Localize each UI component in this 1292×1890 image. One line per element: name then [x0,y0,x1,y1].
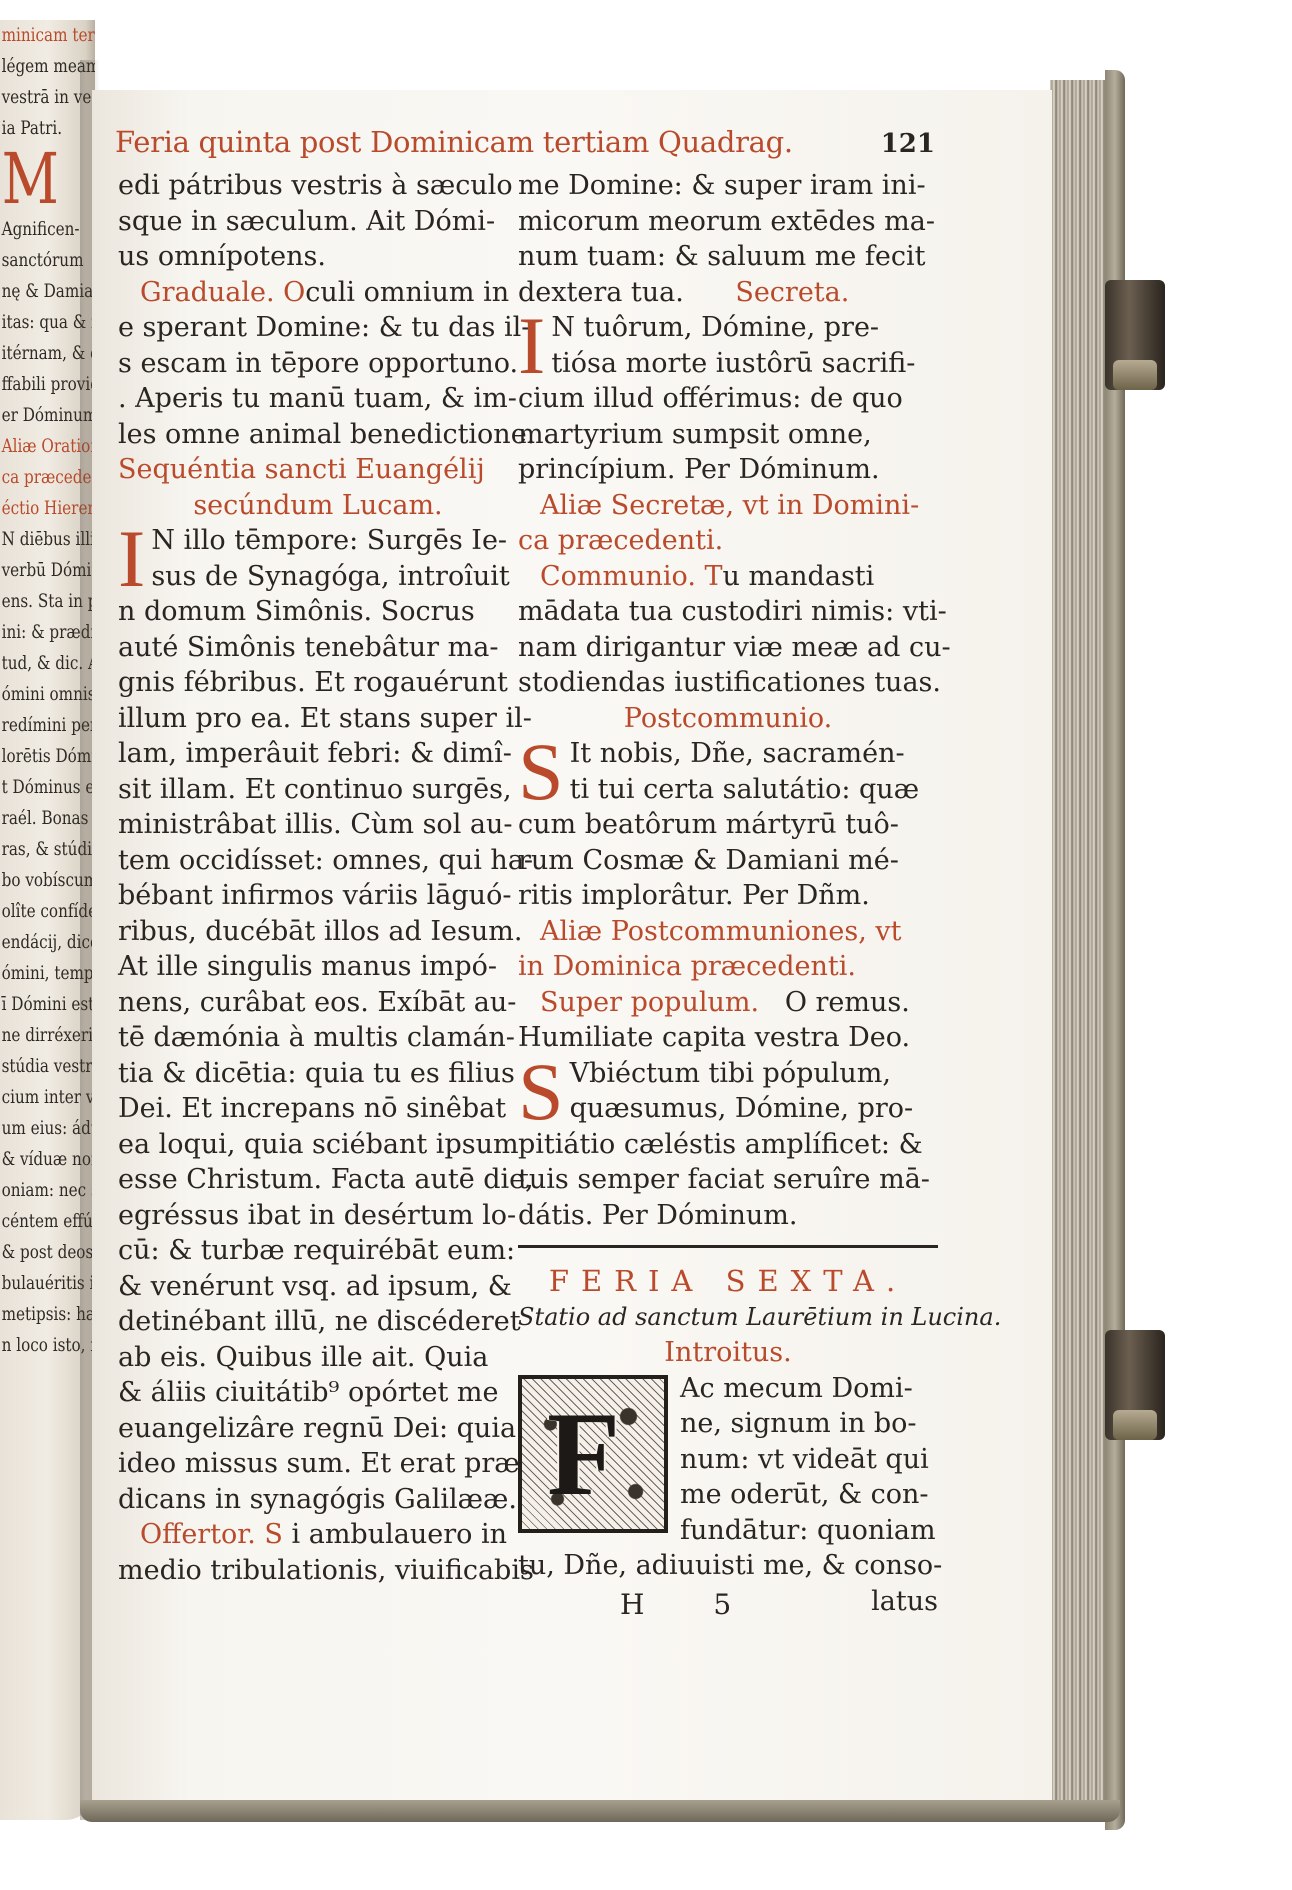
rubric-text: Communio. T [540,561,723,592]
text-line: Sequéntia sancti Euangélij [118,452,518,488]
rubricated-initial: I [518,312,545,380]
text-line: Offertor. S i ambulauero in [118,1517,518,1553]
left-page-fragment: ca præcedenti. [0,462,76,493]
text-line: quæsumus, Dómine, pro- [518,1091,938,1127]
page-header: Feria quinta post Dominicam tertiam Quad… [115,125,935,165]
body-text: It nobis, Dñe, sacramén- [570,738,905,769]
body-text: N tuôrum, Dómine, pre- [551,312,879,343]
text-line: ea loqui, quia sciébant ipsum [118,1127,518,1163]
right-text-column: me Domine: & super iram ini-micorum meor… [518,168,938,1619]
body-text: cium illud offérimus: de quo [518,383,903,414]
section-title: FERIA SEXTA. [518,1264,938,1300]
text-line: e sperant Domine: & tu das il- [118,310,518,346]
text-line: bébant infirmos váriis lāguó- [118,878,518,914]
body-text: sit illam. Et continuo surgēs, [118,774,512,805]
text-line: tē dæmónia à multis clamán- [118,1020,518,1056]
body-text: dicans in synagógis Galilææ. [118,1484,517,1515]
body-text: martyrium sumpsit omne, [518,419,872,450]
text-line: cium illud offérimus: de quo [518,381,938,417]
text-line: euangelizâre regnū Dei: quia [118,1411,518,1447]
text-line: in Dominica præcedenti. [518,949,938,985]
folio-number: 121 [881,129,935,159]
text-line: les omne animal benedictione. [118,417,518,453]
body-text: us omnípotens. [118,241,326,272]
text-line: Aliæ Postcommuniones, vt [518,914,938,950]
text-line: rum Cosmæ & Damiani mé- [518,843,938,879]
left-page-fragment: céntem effúder [0,1206,76,1237]
woodcut-letter: F [547,1389,620,1519]
rubricated-initial: S [518,738,564,806]
left-page-fragment: sanctórum [0,245,76,276]
body-text: rum Cosmæ & Damiani mé- [518,845,899,876]
text-line: stodiendas iustificationes tuas. [518,665,938,701]
body-text: euangelizâre regnū Dei: quia [118,1413,516,1444]
text-line: dicans in synagógis Galilææ. [118,1482,518,1518]
left-page-fragment: nę & Damiani [0,276,76,307]
body-text: tiósa morte iustôrū sacrifi- [551,348,915,379]
introitus-block: FAc mecum Domi-ne, signum in bo-num: vt … [518,1371,938,1620]
body-text: ea loqui, quia sciébant ipsum [118,1129,519,1160]
running-head: Feria quinta post Dominicam tertiam Quad… [115,125,793,159]
body-text: num tuam: & saluum me fecit [518,241,926,272]
body-text: les omne animal benedictione. [118,419,535,450]
text-line: gnis fébribus. Et rogauérunt [118,665,518,701]
rubric-text: in Dominica præcedenti. [518,951,856,982]
body-text: gnis fébribus. Et rogauérunt [118,667,508,698]
body-text: & áliis ciuitátib⁹ opórtet me [118,1377,499,1408]
rubric-text: Postcommunio. [624,703,832,734]
rubric-text: Super populum. [540,987,785,1018]
text-line: us omnípotens. [118,239,518,275]
body-text: Humiliate capita vestra Deo. [518,1022,910,1053]
text-line: ministrâbat illis. Cùm sol au- [118,807,518,843]
left-page-fragment: metipsis: habitá [0,1299,76,1330]
body-text: auté Simônis tenebâtur ma- [118,632,498,663]
left-page-fragment: ne dirréxeris vi [0,1020,76,1051]
left-page-fragment: n loco isto, in [0,1330,76,1361]
body-text: egréssus ibat in desértum lo- [118,1200,516,1231]
left-page-fragment: bulauéritis in [0,1268,76,1299]
left-page-fragment: t Dóminus exer [0,772,76,803]
body-text: micorum meorum extēdes ma- [518,206,935,237]
left-page-fragment: & post deos a [0,1237,76,1268]
body-text: tem occidísset: omnes, qui ha- [118,845,533,876]
left-page-fragment: redímini per po [0,710,76,741]
body-text: stodiendas iustificationes tuas. [518,667,941,698]
rubricated-initial: S [518,1058,564,1126]
rubric-text: Sequéntia sancti Euangélij [118,454,485,485]
body-text: detinébant illū, ne discéderet [118,1306,521,1337]
left-page-fragment: ras, & stúdia vest [0,834,76,865]
body-text: ribus, ducébāt illos ad Iesum. [118,916,522,947]
text-line: SVbiéctum tibi pópulum, [518,1056,938,1092]
body-text: tuis semper faciat seruîre mā- [518,1164,930,1195]
text-line: ideo missus sum. Et erat præ- [118,1446,518,1482]
body-text: cū: & turbæ requirébāt eum: [118,1235,515,1266]
left-page-fragment: um eius: áduen [0,1113,76,1144]
left-page-fragment: légem meam: incli [0,51,76,82]
body-text: illum pro ea. Et stans super il- [118,703,532,734]
text-line: sit illam. Et continuo surgēs, [118,772,518,808]
text-line: me Domine: & super iram ini- [518,168,938,204]
text-line: edi pátribus vestris à sæculo [118,168,518,204]
left-page-fragment: ī Dómini est. Q [0,989,76,1020]
statio-line: Statio ad sanctum Laurētium in Lucina. [518,1300,938,1336]
left-page-fragment: itas: qua & illos [0,307,76,338]
left-page-fragment: ómini, templum [0,958,76,989]
left-page-fragment: raél. Bonas fa [0,803,76,834]
text-line: martyrium sumpsit omne, [518,417,938,453]
text-line: secúndum Lucam. [118,488,518,524]
text-line: tiósa morte iustôrū sacrifi- [518,346,938,382]
text-line: Super populum. O remus. [518,985,938,1021]
body-text: esse Christum. Facta autē die, [118,1164,534,1195]
rubricated-initial: I [118,525,145,593]
text-line: esse Christum. Facta autē die, [118,1162,518,1198]
text-line: tuis semper faciat seruîre mā- [518,1162,938,1198]
clasp-top-icon [1105,280,1165,390]
left-page-fragment: lorētis Dóminu [0,741,76,772]
text-line: medio tribulationis, viuificabis [118,1553,518,1589]
text-line: Communio. Tu mandasti [518,559,938,595]
left-page-fragment: stúdia vestra: si [0,1051,76,1082]
text-line: auté Simônis tenebâtur ma- [118,630,518,666]
text-line: lam, imperâuit febri: & dimî- [118,736,518,772]
body-text: lam, imperâuit febri: & dimî- [118,738,512,769]
body-text: culi omnium in [305,277,509,308]
left-page-fragment: tud, & dic. Audi [0,648,76,679]
text-line: Aliæ Secretæ, vt in Domini- [518,488,938,524]
body-text: dátis. Per Dóminum. [518,1200,797,1231]
text-line: IN illo tēmpore: Surgēs Ie- [118,523,518,559]
rubric-text: Aliæ Postcommuniones, vt [540,916,902,947]
left-page-fragment: éctio Hieremi [0,493,76,524]
text-line: ribus, ducébāt illos ad Iesum. [118,914,518,950]
text-line: s escam in tēpore opportuno. [118,346,518,382]
text-line: IN tuôrum, Dómine, pre- [518,310,938,346]
body-text: Vbiéctum tibi pópulum, [570,1058,891,1089]
left-page-fragment: Agnificen- [0,214,76,245]
section-rule [518,1245,938,1248]
text-line: SIt nobis, Dñe, sacramén- [518,736,938,772]
left-page-fragment: M [0,144,76,214]
body-text: me Domine: & super iram ini- [518,170,926,201]
text-line: illum pro ea. Et stans super il- [118,701,518,737]
body-text: mādata tua custodiri nimis: vti- [518,596,947,627]
left-page-fragment: verbū Dómini [0,555,76,586]
text-line: dextera tua. Secreta. [518,275,938,311]
text-line: sque in sæculum. Ait Dómi- [118,204,518,240]
body-text: . Aperis tu manū tuam, & im- [118,383,517,414]
signature-mark: H 5 [620,1588,761,1621]
text-line: At ille singulis manus impó- [118,949,518,985]
body-text: At ille singulis manus impó- [118,951,497,982]
text-line: dátis. Per Dóminum. [518,1198,938,1234]
body-text: u mandasti [723,561,875,592]
left-page-fragment: ini: & prædica [0,617,76,648]
rubric-text: Offertor. S [140,1519,283,1550]
text-line: micorum meorum extēdes ma- [518,204,938,240]
text-line: & venérunt vsq. ad ipsum, & [118,1269,518,1305]
body-text: tia & dicētia: quia tu es filius [118,1058,515,1089]
text-line: Postcommunio. [518,701,938,737]
text-line: ca præcedenti. [518,523,938,559]
text-line: mādata tua custodiri nimis: vti- [518,594,938,630]
text-line: princípium. Per Dóminum. [518,452,938,488]
body-text: & venérunt vsq. ad ipsum, & [118,1271,512,1302]
left-page-fragment: cium inter viru [0,1082,76,1113]
body-text: ti tui certa salutátio: quæ [570,774,919,805]
text-line: tu, Dñe, adiuuisti me, & conso- [518,1548,938,1584]
clasp-bottom-icon [1105,1330,1165,1440]
text-line: num tuam: & saluum me fecit [518,239,938,275]
text-line: . Aperis tu manū tuam, & im- [118,381,518,417]
text-line: detinébant illū, ne discéderet [118,1304,518,1340]
rubric-text: Graduale. O [140,277,305,308]
text-line: pitiátio cæléstis amplíficet: & [518,1127,938,1163]
body-text: medio tribulationis, viuificabis [118,1555,534,1586]
rubric-text: Secreta. [735,277,849,308]
body-text: O remus. [785,987,910,1018]
text-line: Graduale. Oculi omnium in [118,275,518,311]
body-text: ministrâbat illis. Cùm sol au- [118,809,513,840]
body-text: ideo missus sum. Et erat præ- [118,1448,529,1479]
body-text: n domum Simônis. Socrus [118,596,475,627]
left-page-fragment: itérnam, & ope [0,338,76,369]
body-text: nens, curâbat eos. Exíbāt au- [118,987,516,1018]
rubric-text: Aliæ Secretæ, vt in Domini- [540,490,919,521]
text-line: egréssus ibat in desértum lo- [118,1198,518,1234]
body-text: edi pátribus vestris à sæculo [118,170,513,201]
text-line: ritis implorâtur. Per Dñm. [518,878,938,914]
body-text: pitiátio cæléstis amplíficet: & [518,1129,923,1160]
left-text-column: edi pátribus vestris à sæculosque in sæc… [118,168,518,1588]
left-page-fragment: minicam tertiam Q [0,20,76,51]
left-page-fragment: N diēbus illis [0,524,76,555]
text-line: sus de Synagóga, introîuit [118,559,518,595]
rubric-text: ca præcedenti. [518,525,723,556]
body-text: ab eis. Quibus ille ait. Quia [118,1342,488,1373]
left-page-fragment: ómini omnis Iu [0,679,76,710]
rubric-text: secúndum Lucam. [193,490,442,521]
text-line: cum beatôrum mártyrū tuô- [518,807,938,843]
body-text: e sperant Domine: & tu das il- [118,312,530,343]
body-text: bébant infirmos váriis lāguó- [118,880,511,911]
left-page-fragment: olîte confíder [0,896,76,927]
left-page-fragment: vestrā in verba oris [0,82,76,113]
text-line: tem occidísset: omnes, qui ha- [118,843,518,879]
body-text: tē dæmónia à multis clamán- [118,1022,515,1053]
body-text: ritis implorâtur. Per Dñm. [518,880,870,911]
left-page-fragment: bo vobíscum in [0,865,76,896]
woodcut-initial-icon: F [518,1375,668,1533]
text-line: nam dirigantur viæ meæ ad cu- [518,630,938,666]
text-line: Humiliate capita vestra Deo. [518,1020,938,1056]
text-line: n domum Simônis. Socrus [118,594,518,630]
left-page-fragment: oniam: nec san [0,1175,76,1206]
body-text: N illo tēmpore: Surgēs Ie- [151,525,507,556]
text-line: & áliis ciuitátib⁹ opórtet me [118,1375,518,1411]
body-text: quæsumus, Dómine, pro- [570,1093,914,1124]
text-line: nens, curâbat eos. Exíbāt au- [118,985,518,1021]
body-text: princípium. Per Dóminum. [518,454,880,485]
text-line: tia & dicētia: quia tu es filius [118,1056,518,1092]
left-page-fragment: ens. Sta in porta [0,586,76,617]
body-text: i ambulauero in [283,1519,507,1550]
body-text: sus de Synagóga, introîuit [151,561,509,592]
text-line: cū: & turbæ requirébāt eum: [118,1233,518,1269]
left-page-fragment: Aliæ Oratione [0,431,76,462]
left-page-fragment: endácij, dicētes [0,927,76,958]
body-text: dextera tua. [518,277,735,308]
body-text: nam dirigantur viæ meæ ad cu- [518,632,951,663]
text-line: Dei. Et increpans nō sinêbat [118,1091,518,1127]
left-page-fragment: & víduæ non f [0,1144,76,1175]
left-page-fragment: ffabili provide [0,369,76,400]
left-page-fragment: er Dóminum. [0,400,76,431]
body-text: Dei. Et increpans nō sinêbat [118,1093,506,1124]
text-line: ab eis. Quibus ille ait. Quia [118,1340,518,1376]
bottom-page-edges [80,1800,1120,1822]
text-line: ti tui certa salutátio: quæ [518,772,938,808]
body-text: cum beatôrum mártyrū tuô- [518,809,899,840]
body-text: sque in sæculum. Ait Dómi- [118,206,495,237]
body-text: s escam in tēpore opportuno. [118,348,518,379]
introitus-label: Introitus. [518,1335,938,1371]
